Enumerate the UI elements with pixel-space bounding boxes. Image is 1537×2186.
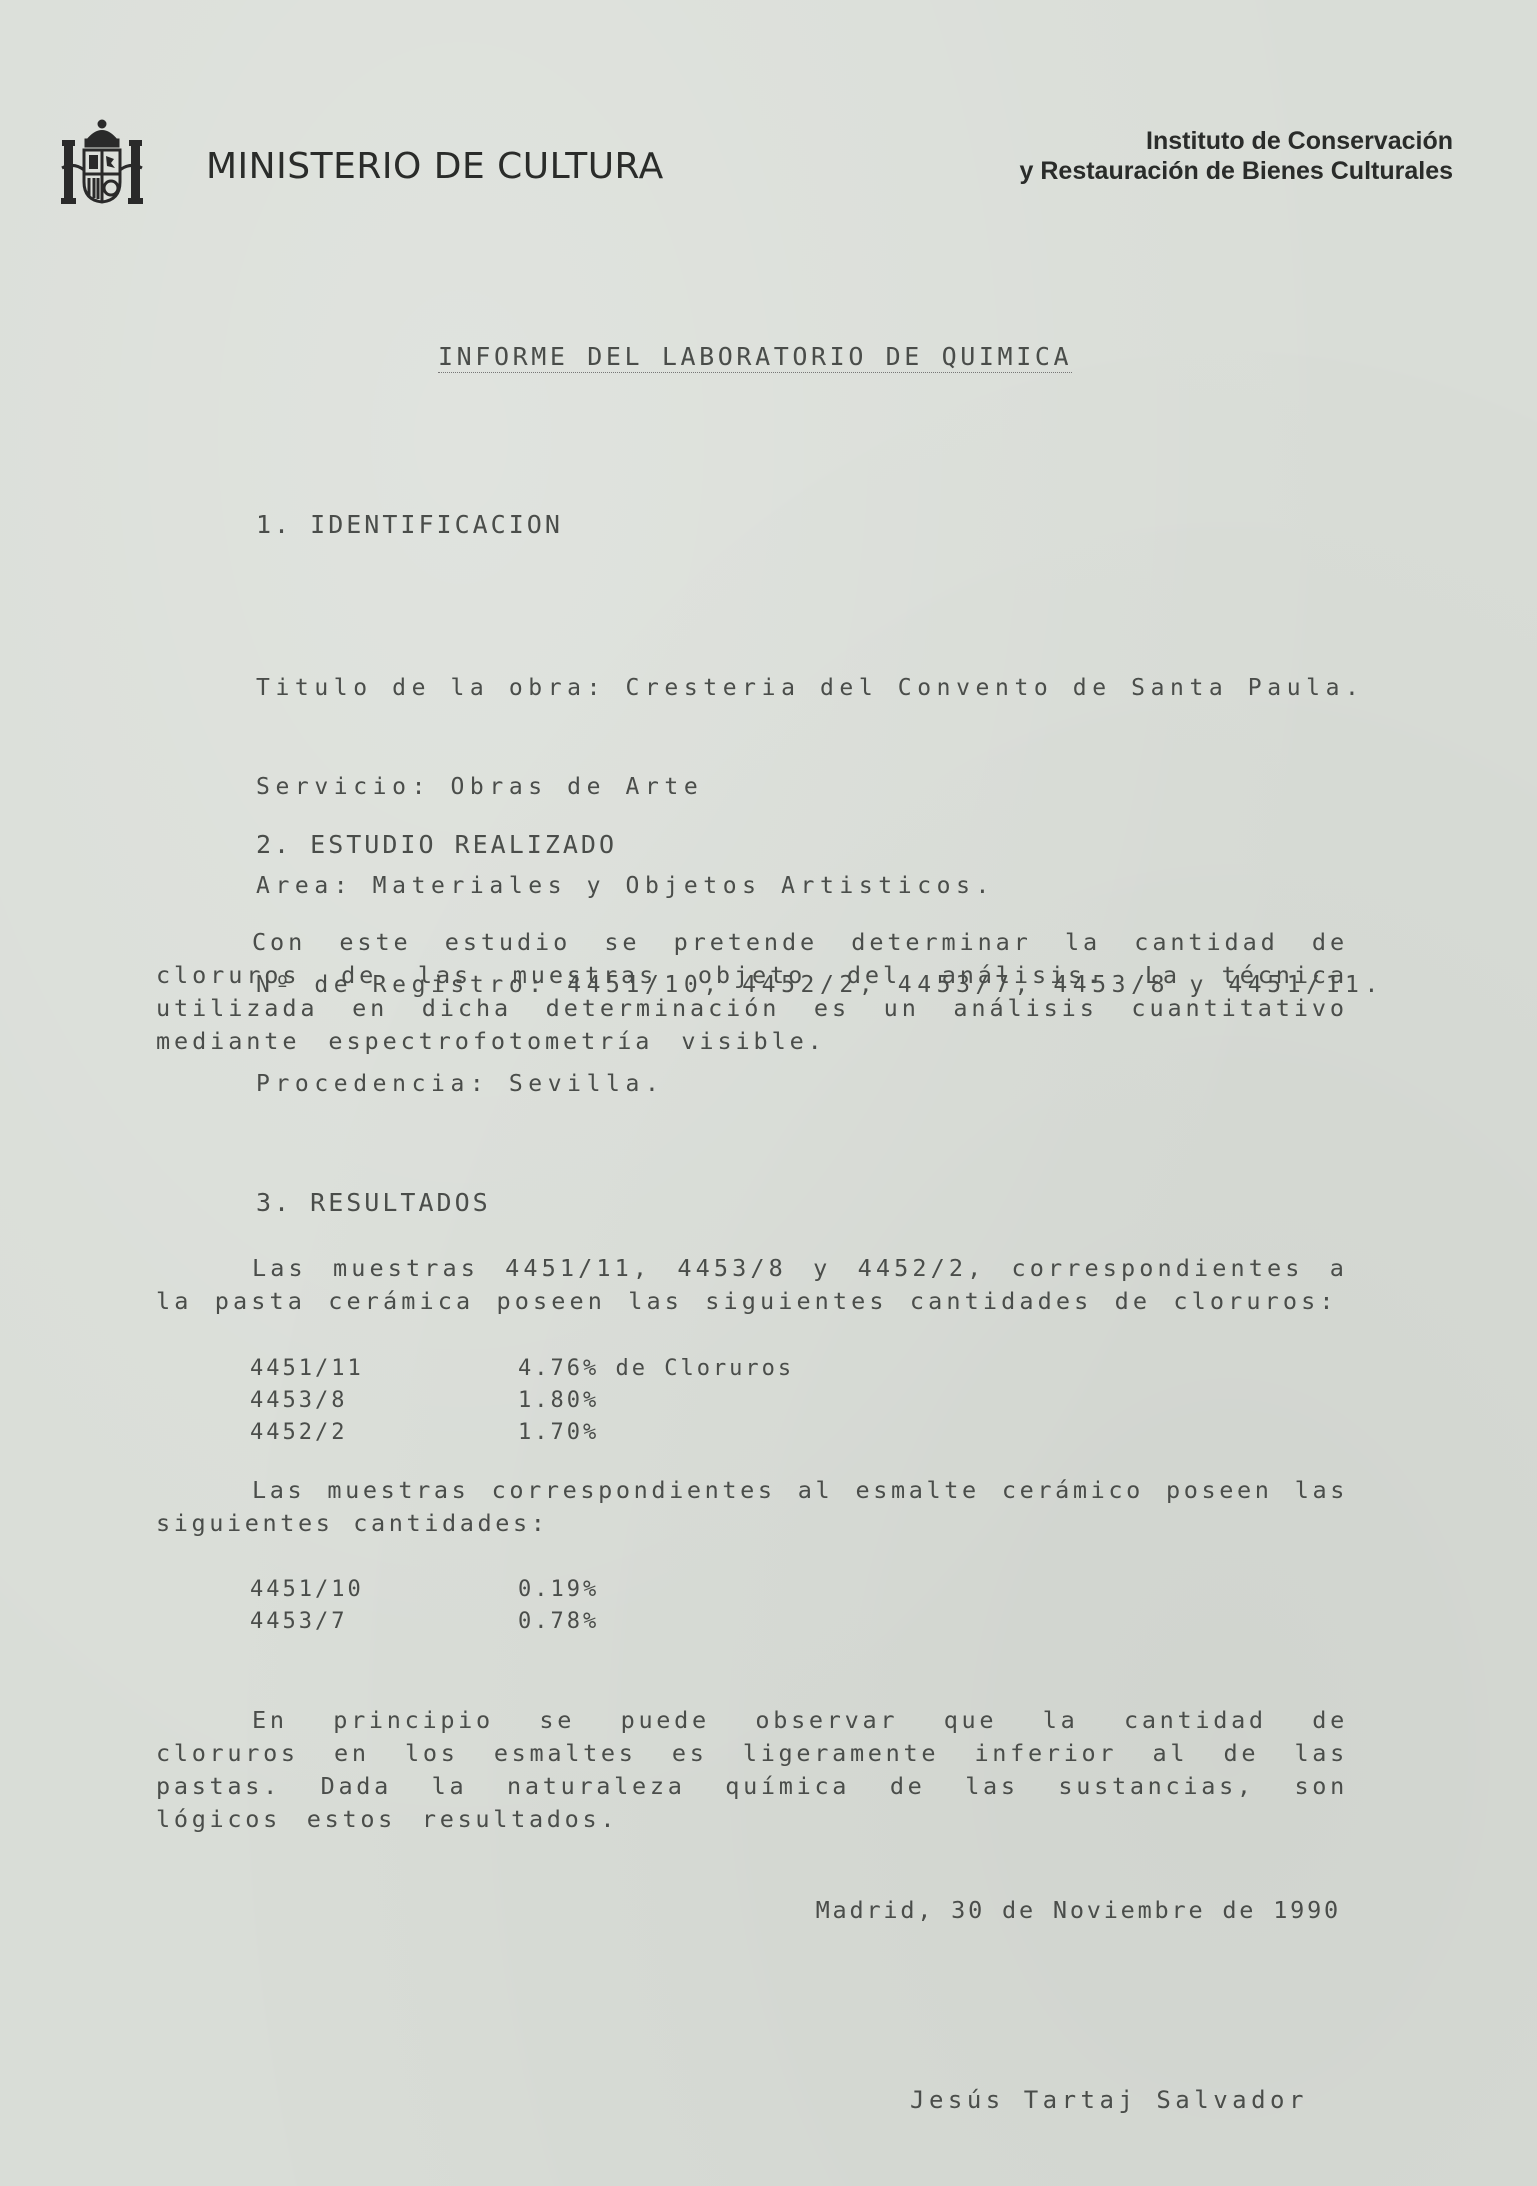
sample-id: 4453/7 (250, 1606, 518, 1638)
institute-line-1: Instituto de Conservación (1020, 126, 1453, 156)
sample-value: 1.80% (518, 1385, 599, 1417)
coat-of-arms-icon (60, 118, 144, 206)
study-description: Con este estudio se pretende determinar … (156, 926, 1348, 1058)
result-row: 4451/10 0.19% (250, 1574, 599, 1606)
pasta-results-table: 4451/11 4.76% de Cloruros 4453/8 1.80% 4… (250, 1353, 794, 1449)
field-titulo: Titulo de la obra: Cresteria del Convent… (256, 672, 1384, 705)
sample-id: 4451/11 (250, 1353, 518, 1385)
document-title: INFORME DEL LABORATORIO DE QUIMICA (438, 342, 1072, 373)
result-row: 4452/2 1.70% (250, 1417, 794, 1449)
esmalte-intro: Las muestras correspondientes al esmalte… (156, 1474, 1348, 1540)
result-row: 4453/7 0.78% (250, 1606, 599, 1638)
conclusion: En principio se puede observar que la ca… (156, 1704, 1348, 1836)
pasta-intro-text: Las muestras 4451/11, 4453/8 y 4452/2, c… (156, 1252, 1348, 1318)
signature: Jesús Tartaj Salvador (910, 2086, 1308, 2114)
result-row: 4451/11 4.76% de Cloruros (250, 1353, 794, 1385)
institute-line-2: y Restauración de Bienes Culturales (1020, 156, 1453, 186)
field-procedencia: Procedencia: Sevilla. (256, 1068, 1384, 1101)
institute-name: Instituto de Conservación y Restauración… (1020, 126, 1453, 186)
date-line: Madrid, 30 de Noviembre de 1990 (816, 1896, 1341, 1924)
pasta-intro: Las muestras 4451/11, 4453/8 y 4452/2, c… (156, 1252, 1348, 1318)
conclusion-text: En principio se puede observar que la ca… (156, 1704, 1348, 1836)
sample-id: 4451/10 (250, 1574, 518, 1606)
ministry-name: MINISTERIO DE CULTURA (206, 146, 664, 187)
sample-value: 4.76% de Cloruros (518, 1353, 794, 1385)
section-heading-identificacion: 1. IDENTIFICACION (256, 510, 563, 539)
sample-value: 1.70% (518, 1417, 599, 1449)
field-servicio: Servicio: Obras de Arte (256, 771, 1384, 804)
esmalte-intro-text: Las muestras correspondientes al esmalte… (156, 1474, 1348, 1540)
esmalte-results-table: 4451/10 0.19% 4453/7 0.78% (250, 1574, 599, 1638)
field-area: Area: Materiales y Objetos Artisticos. (256, 870, 1384, 903)
section-heading-estudio: 2. ESTUDIO REALIZADO (256, 830, 617, 859)
sample-value: 0.78% (518, 1606, 599, 1638)
sample-id: 4453/8 (250, 1385, 518, 1417)
sample-id: 4452/2 (250, 1417, 518, 1449)
study-paragraph: Con este estudio se pretende determinar … (156, 926, 1348, 1058)
result-row: 4453/8 1.80% (250, 1385, 794, 1417)
sample-value: 0.19% (518, 1574, 599, 1606)
section-heading-resultados: 3. RESULTADOS (256, 1188, 491, 1217)
